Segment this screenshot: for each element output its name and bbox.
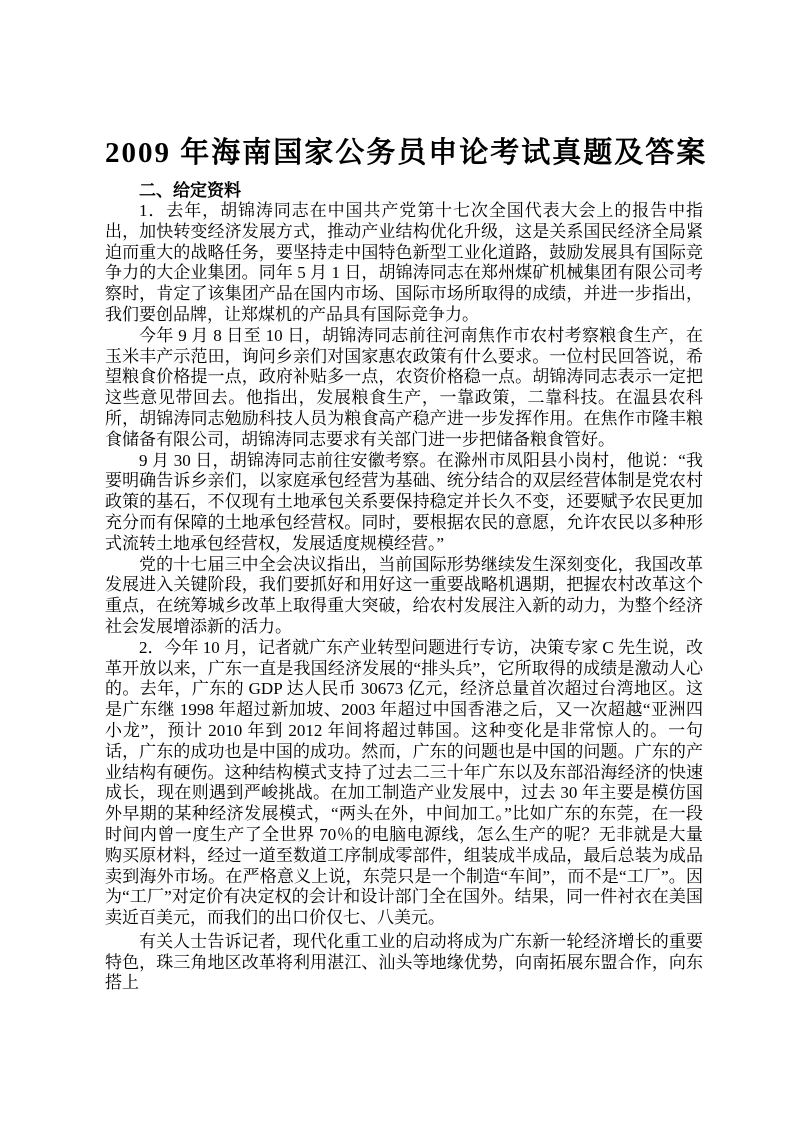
paragraph: 今年 9 月 8 日至 10 日，胡锦涛同志前往河南焦作市农村考察粮食生产，在玉…: [105, 326, 703, 451]
section-heading: 二、给定资料: [105, 180, 703, 201]
document-body: 1．去年，胡锦涛同志在中国共产党第十七次全国代表大会上的报告中指出，加快转变经济…: [105, 201, 703, 994]
document-page: 2009 年海南国家公务员申论考试真题及答案 二、给定资料 1．去年，胡锦涛同志…: [0, 0, 793, 1121]
paragraph: 1．去年，胡锦涛同志在中国共产党第十七次全国代表大会上的报告中指出，加快转变经济…: [105, 201, 703, 326]
paragraph: 9 月 30 日，胡锦涛同志前往安徽考察。在滁州市凤阳县小岗村，他说：“我要明确…: [105, 451, 703, 555]
paragraph: 党的十七届三中全会决议指出，当前国际形势继续发生深刻变化，我国改革发展进入关键阶…: [105, 555, 703, 638]
document-title: 2009 年海南国家公务员申论考试真题及答案: [105, 136, 703, 170]
paragraph: 2．今年 10 月，记者就广东产业转型问题进行专访，决策专家 C 先生说，改革开…: [105, 638, 703, 929]
paragraph: 有关人士告诉记者，现代化重工业的启动将成为广东新一轮经济增长的重要特色，珠三角地…: [105, 932, 703, 994]
